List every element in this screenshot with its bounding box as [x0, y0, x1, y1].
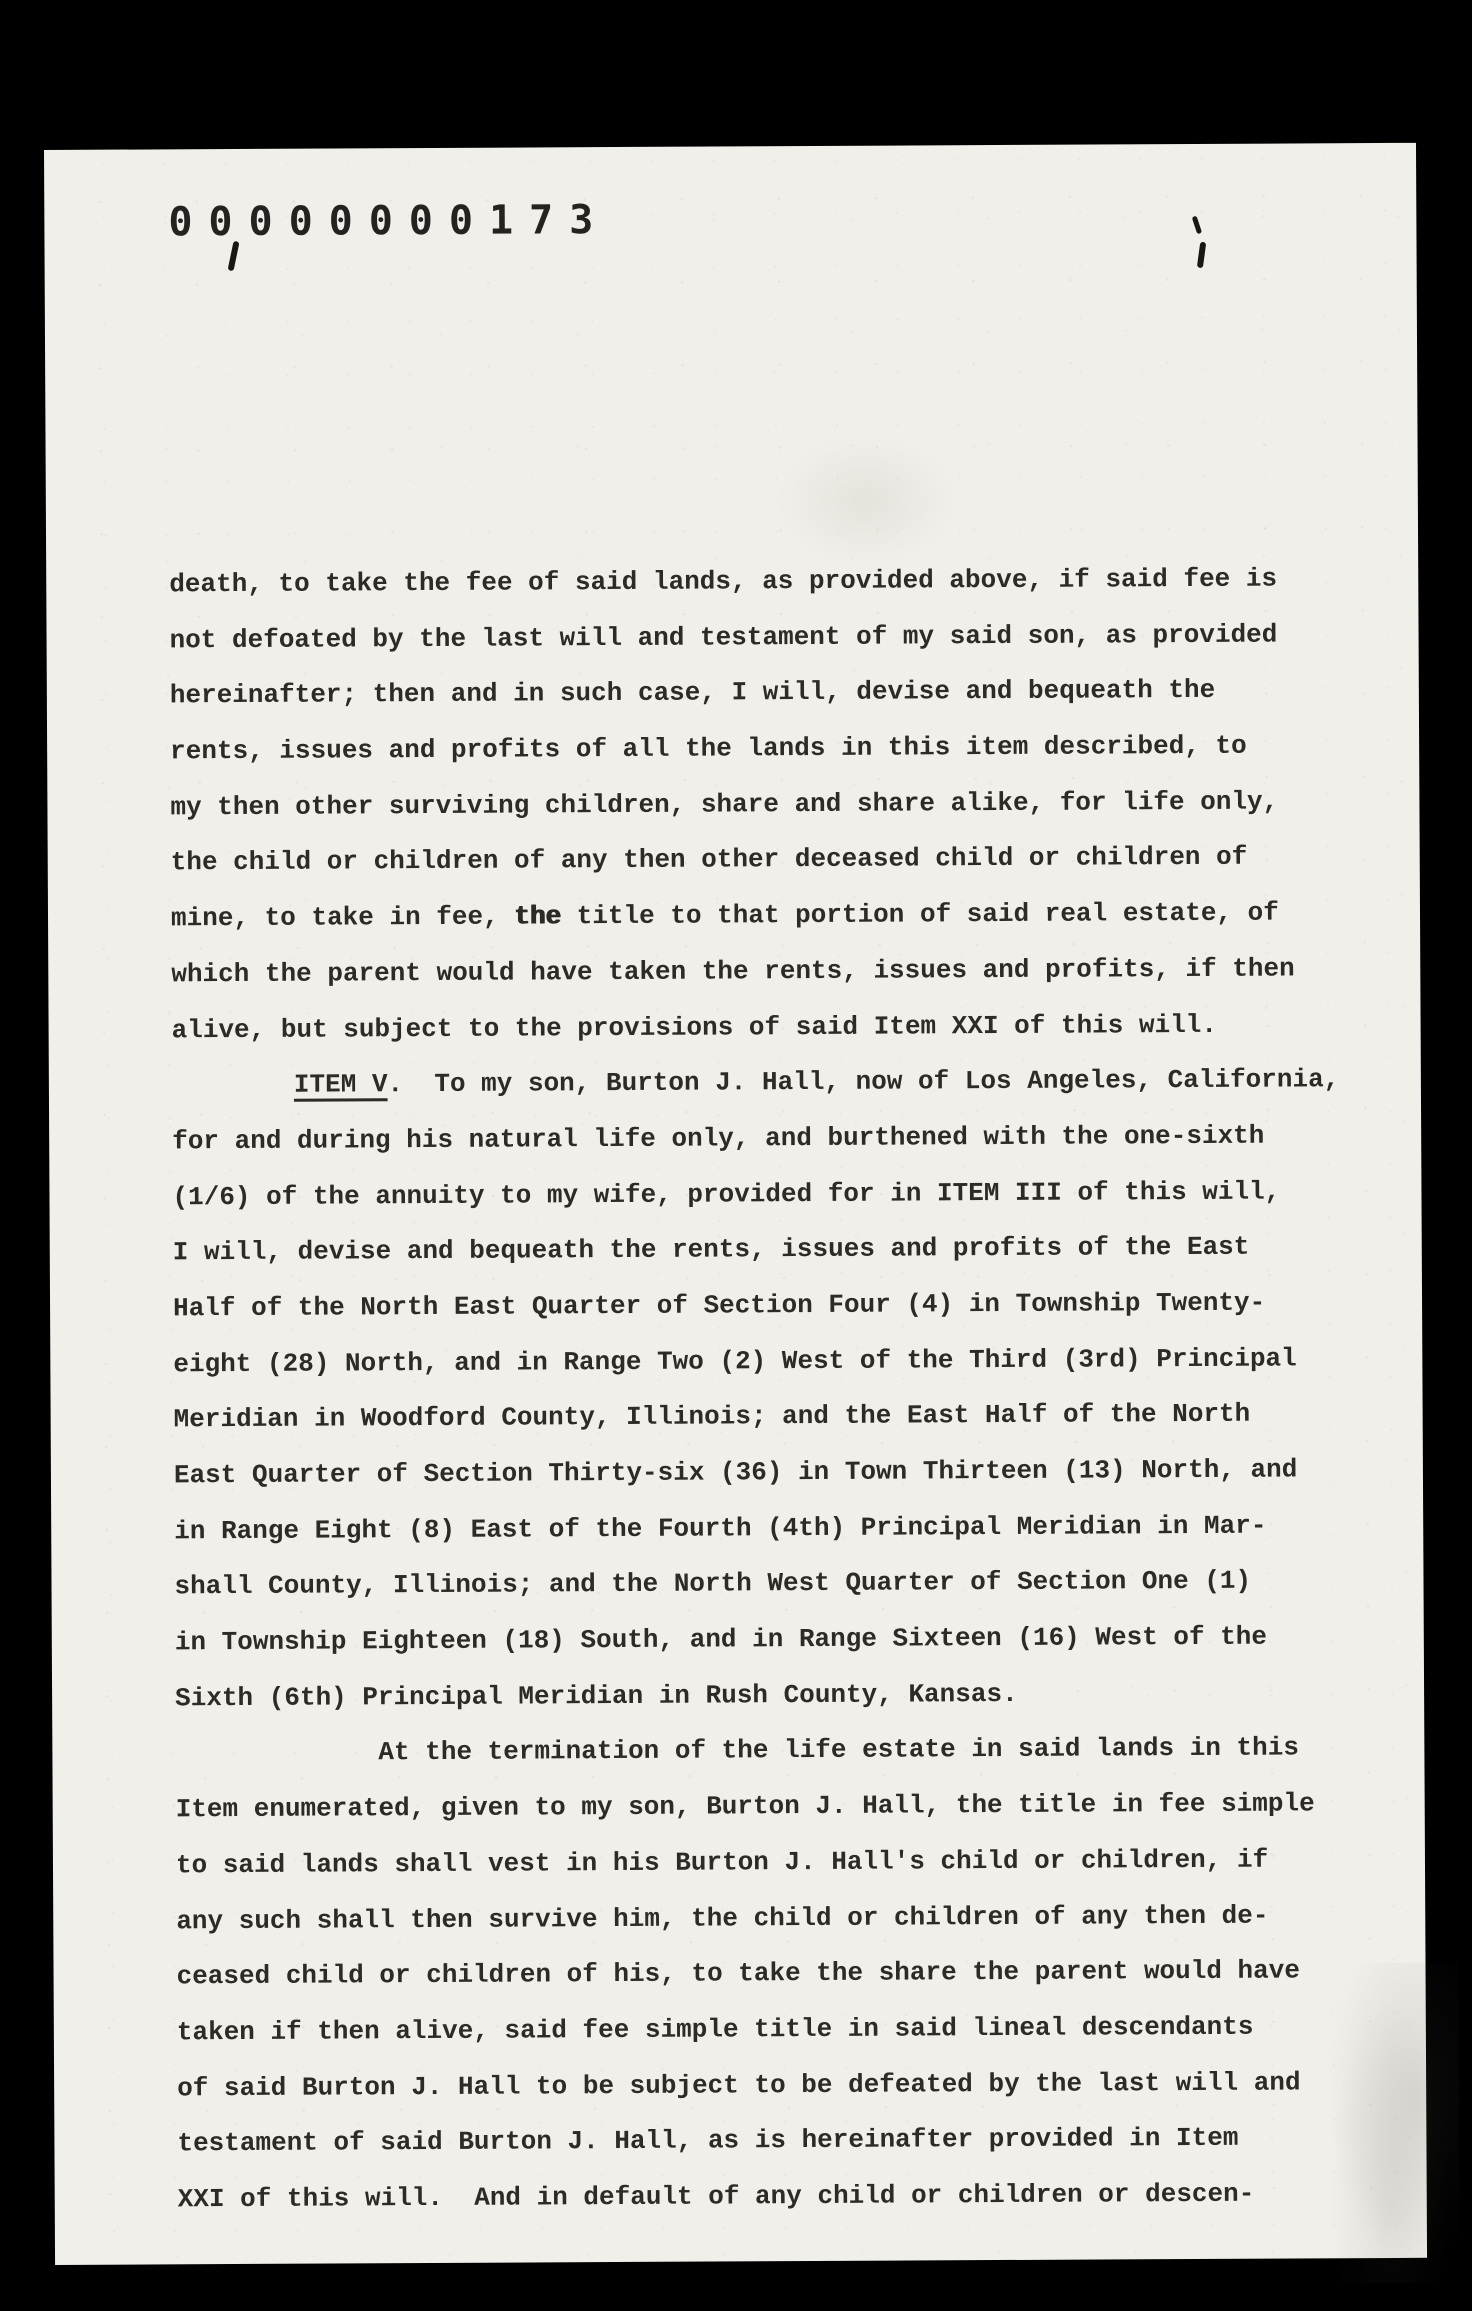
text-line: Sixth (6th) Principal Meridian in Rush C… [175, 1665, 1355, 1727]
scan-background: { "colors": { "background": "#000000", "… [0, 0, 1472, 2311]
text-line: East Quarter of Section Thirty-six (36) … [174, 1442, 1354, 1504]
text-segment: which the parent would have taken the re… [171, 953, 1295, 989]
text-segment: Sixth (6th) Principal Meridian in Rush C… [175, 1679, 1018, 1713]
text-line: the child or children of any then other … [171, 830, 1351, 892]
text-line: hereinafter; then and in such case, I wi… [170, 663, 1350, 725]
text-segment: any such shall then survive him, the chi… [176, 1900, 1268, 1936]
text-segment: At the termination of the life estate in… [378, 1733, 1299, 1768]
text-segment: the [514, 901, 561, 931]
text-segment: the child or children of any then other … [171, 842, 1248, 878]
text-line: for and during his natural life only, an… [172, 1108, 1352, 1170]
text-segment: Meridian in Woodford County, Illinois; a… [174, 1399, 1251, 1435]
text-line: to said lands shall vest in his Burton J… [176, 1832, 1356, 1894]
text-line: At the termination of the life estate in… [175, 1721, 1355, 1783]
text-segment: . To my son, Burton J. Hall, now of Los … [387, 1064, 1339, 1099]
text-line: ITEM V. To my son, Burton J. Hall, now o… [172, 1052, 1352, 1114]
ink-tick-top-right-lower-icon [1197, 242, 1206, 269]
paper-stain-top [776, 435, 957, 566]
text-line: ceased child or children of his, to take… [176, 1943, 1356, 2005]
text-segment: mine, to take in fee, [171, 902, 514, 934]
text-segment: (1/6) of the annuity to my wife, provide… [172, 1176, 1280, 1212]
text-segment: not defoated by the last will and testam… [169, 619, 1277, 655]
text-segment: taken if then alive, said fee simple tit… [177, 2012, 1254, 2048]
text-line: not defoated by the last will and testam… [169, 607, 1349, 669]
text-segment: Half of the North East Quarter of Sectio… [173, 1288, 1265, 1324]
text-segment: of said Burton J. Hall to be subject to … [177, 2067, 1301, 2103]
ink-tick-top-right-upper-icon [1192, 216, 1202, 235]
text-line: Meridian in Woodford County, Illinois; a… [174, 1386, 1354, 1448]
text-line: in Range Eight (8) East of the Fourth (4… [174, 1498, 1354, 1560]
text-segment: Item enumerated, given to my son, Burton… [176, 1788, 1315, 1824]
text-segment: East Quarter of Section Thirty-six (36) … [174, 1454, 1298, 1490]
text-line: testament of said Burton J. Hall, as is … [177, 2110, 1357, 2172]
ink-tick-below-stamp-icon [228, 241, 240, 272]
text-line: XXI of this will. And in default of any … [178, 2166, 1358, 2228]
text-segment: title to that portion of said real estat… [561, 898, 1279, 932]
text-line: my then other surviving children, share … [170, 774, 1350, 836]
text-segment: to said lands shall vest in his Burton J… [176, 1844, 1268, 1880]
text-segment: testament of said Burton J. Hall, as is … [177, 2123, 1238, 2159]
text-line: rents, issues and profits of all the lan… [170, 718, 1350, 780]
text-line: Item enumerated, given to my son, Burton… [176, 1776, 1356, 1838]
text-line: alive, but subject to the provisions of … [171, 997, 1351, 1059]
text-line: any such shall then survive him, the chi… [176, 1888, 1356, 1950]
text-segment: eight (28) North, and in Range Two (2) W… [173, 1343, 1297, 1379]
text-segment: in Township Eighteen (18) South, and in … [175, 1622, 1267, 1658]
text-segment: death, to take the fee of said lands, as… [169, 564, 1277, 600]
text-line: of said Burton J. Hall to be subject to … [177, 2055, 1357, 2117]
text-line: death, to take the fee of said lands, as… [169, 551, 1349, 613]
text-segment: ceased child or children of his, to take… [176, 1956, 1300, 1992]
item-heading: ITEM V [294, 1069, 388, 1099]
text-line: mine, to take in fee, the title to that … [171, 885, 1351, 947]
text-line: Half of the North East Quarter of Sectio… [173, 1275, 1353, 1337]
text-segment: alive, but subject to the provisions of … [172, 1009, 1218, 1044]
text-line: taken if then alive, said fee simple tit… [177, 1999, 1357, 2061]
text-segment: my then other surviving children, share … [170, 786, 1278, 822]
text-line: (1/6) of the annuity to my wife, provide… [172, 1164, 1352, 1226]
text-segment: for and during his natural life only, an… [172, 1120, 1264, 1156]
text-segment: I will, devise and bequeath the rents, i… [173, 1232, 1250, 1268]
text-segment: hereinafter; then and in such case, I wi… [170, 675, 1216, 710]
text-lines: death, to take the fee of said lands, as… [169, 551, 1358, 2228]
text-segment: in Range Eight (8) East of the Fourth (4… [174, 1510, 1266, 1546]
text-line: I will, devise and bequeath the rents, i… [173, 1219, 1353, 1281]
text-segment: shall County, Illinois; and the North We… [174, 1566, 1251, 1602]
text-segment: rents, issues and profits of all the lan… [170, 731, 1247, 767]
text-line: shall County, Illinois; and the North We… [174, 1554, 1354, 1616]
text-line: in Township Eighteen (18) South, and in … [175, 1609, 1355, 1671]
text-segment: XXI of this will. And in default of any … [178, 2179, 1255, 2215]
scanned-page: 00000000173 death, to take the fee of sa… [44, 143, 1427, 2265]
text-line: which the parent would have taken the re… [171, 941, 1351, 1003]
text-line: eight (28) North, and in Range Two (2) W… [173, 1331, 1353, 1393]
document-number-stamp: 00000000173 [168, 197, 609, 245]
